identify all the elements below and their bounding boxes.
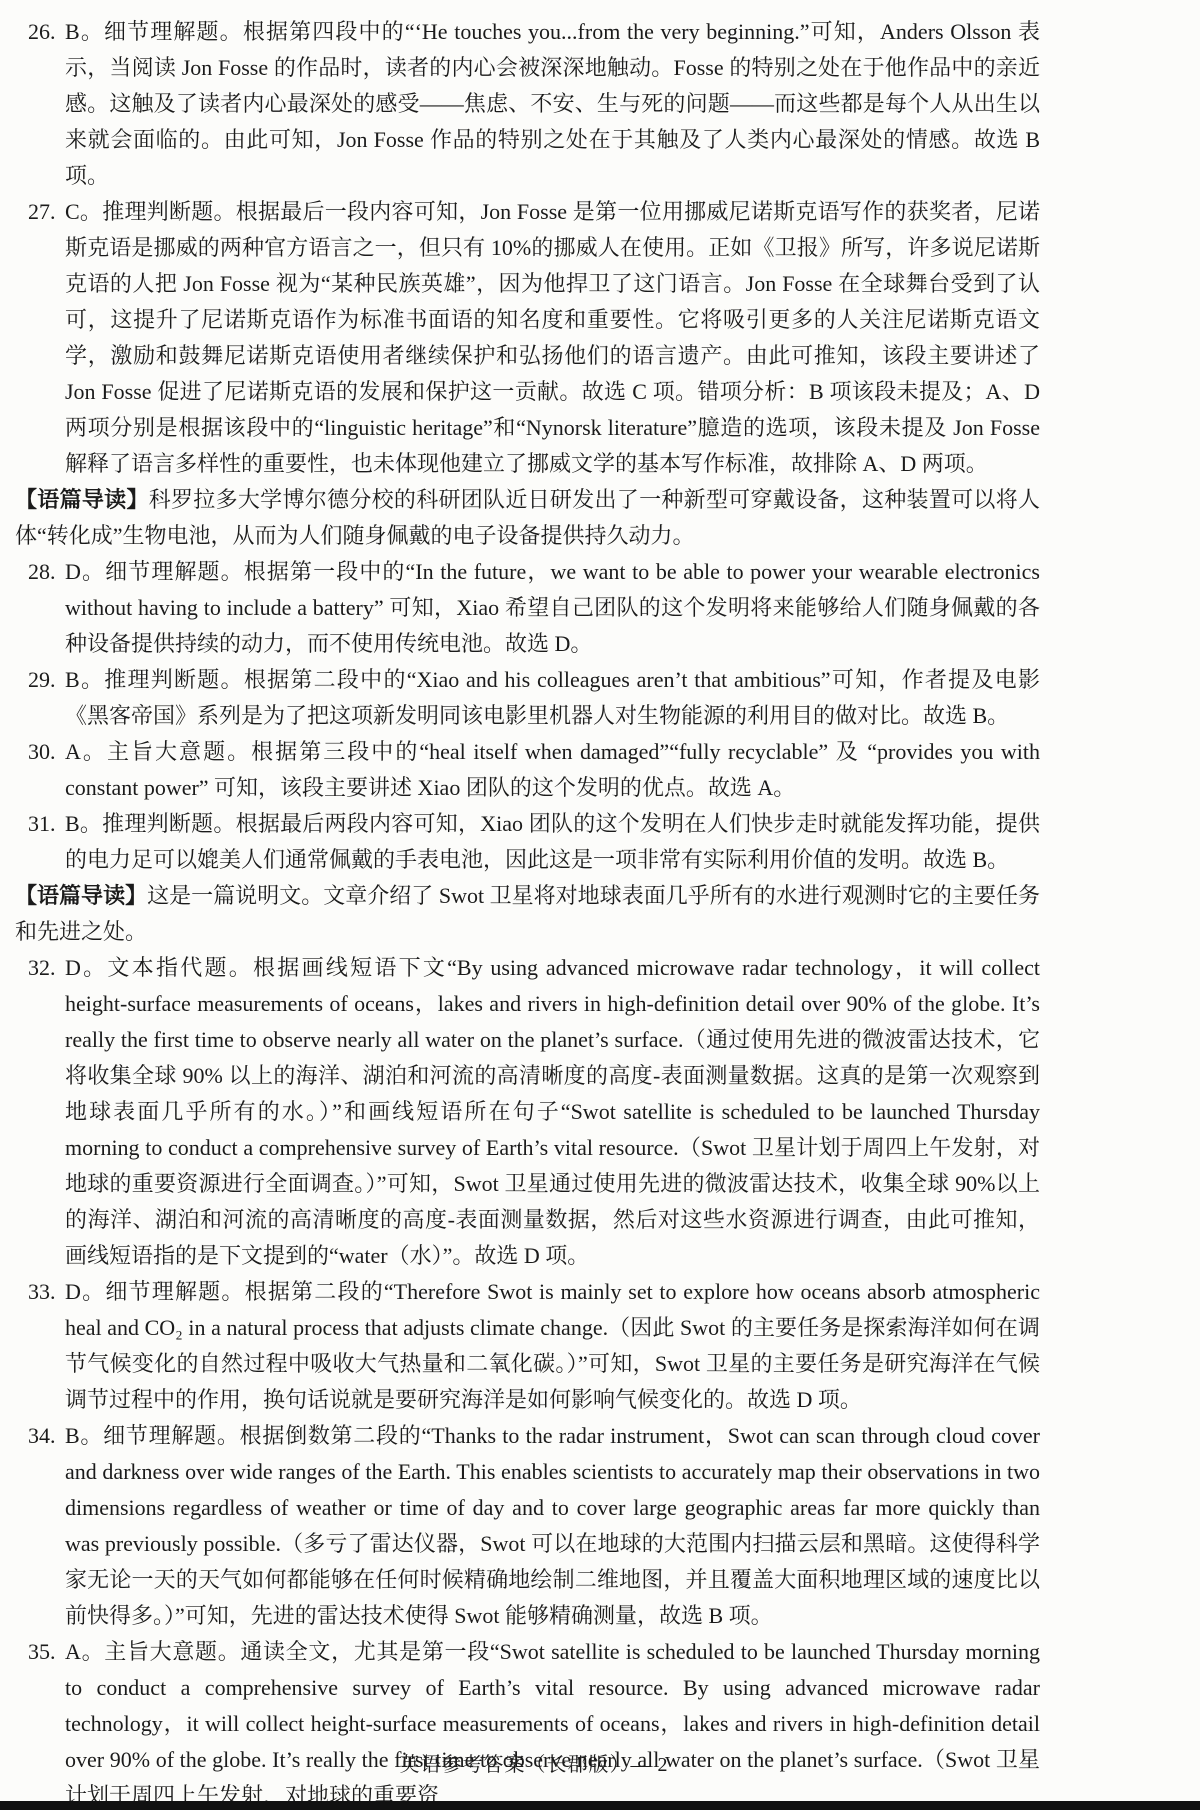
item-number: 28. <box>28 554 65 590</box>
answer-item-33: 33.D。细节理解题。根据第二段的“Therefore Swot is main… <box>28 1274 1040 1418</box>
item-number: 32. <box>28 950 65 986</box>
answer-item-26: 26.B。细节理解题。根据第四段中的“‘He touches you...fro… <box>28 14 1040 194</box>
item-number: 29. <box>28 662 65 698</box>
answer-item-30: 30.A。主旨大意题。根据第三段中的“heal itself when dama… <box>28 734 1040 806</box>
item-text: A。主旨大意题。通读全文，尤其是第一段“Swot satellite is sc… <box>65 1639 1040 1808</box>
item-text: B。推理判断题。根据第二段中的“Xiao and his colleagues … <box>65 667 1040 728</box>
footer-text: 英语参考答案（长郡版）— 2 <box>400 1754 669 1776</box>
answer-explanations: 26.B。细节理解题。根据第四段中的“‘He touches you...fro… <box>28 14 1040 1810</box>
item-text: D。文本指代题。根据画线短语下文“By using advanced micro… <box>65 955 1040 1268</box>
item-text: D。细节理解题。根据第一段中的“In the future，we want to… <box>65 559 1040 656</box>
answer-item-34: 34.B。细节理解题。根据倒数第二段的“Thanks to the radar … <box>28 1418 1040 1634</box>
item-number: 30. <box>28 734 65 770</box>
item-number: 31. <box>28 806 65 842</box>
answer-item-27: 27.C。推理判断题。根据最后一段内容可知，Jon Fosse 是第一位用挪威尼… <box>28 194 1040 482</box>
item-text: B。细节理解题。根据倒数第二段的“Thanks to the radar ins… <box>65 1423 1040 1628</box>
item-number: 35. <box>28 1634 65 1670</box>
passage-guide: 【语篇导读】这是一篇说明文。文章介绍了 Swot 卫星将对地球表面几乎所有的水进… <box>15 878 1040 950</box>
answer-item-29: 29.B。推理判断题。根据第二段中的“Xiao and his colleagu… <box>28 662 1040 734</box>
item-text: D。细节理解题。根据第二段的“Therefore Swot is mainly … <box>65 1279 1040 1412</box>
answer-item-32: 32.D。文本指代题。根据画线短语下文“By using advanced mi… <box>28 950 1040 1274</box>
guide-text: 科罗拉多大学博尔德分校的科研团队近日研发出了一种新型可穿戴设备，这种装置可以将人… <box>15 487 1040 548</box>
guide-text: 这是一篇说明文。文章介绍了 Swot 卫星将对地球表面几乎所有的水进行观测时它的… <box>15 883 1040 944</box>
answer-item-28: 28.D。细节理解题。根据第一段中的“In the future，we want… <box>28 554 1040 662</box>
item-text: B。细节理解题。根据第四段中的“‘He touches you...from t… <box>65 19 1040 188</box>
answer-item-35: 35.A。主旨大意题。通读全文，尤其是第一段“Swot satellite is… <box>28 1634 1040 1810</box>
guide-label: 【语篇导读】 <box>15 883 147 908</box>
page: 26.B。细节理解题。根据第四段中的“‘He touches you...fro… <box>0 0 1200 1810</box>
item-text: B。推理判断题。根据最后两段内容可知，Xiao 团队的这个发明在人们快步走时就能… <box>65 811 1040 872</box>
passage-guide: 【语篇导读】科罗拉多大学博尔德分校的科研团队近日研发出了一种新型可穿戴设备，这种… <box>15 482 1040 554</box>
item-text: C。推理判断题。根据最后一段内容可知，Jon Fosse 是第一位用挪威尼诺斯克… <box>65 199 1040 476</box>
item-number: 34. <box>28 1418 65 1454</box>
page-footer: 英语参考答案（长郡版）— 2 <box>28 1748 1040 1777</box>
item-number: 26. <box>28 14 65 50</box>
item-text: A。主旨大意题。根据第三段中的“heal itself when damaged… <box>65 739 1040 800</box>
item-number: 33. <box>28 1274 65 1310</box>
guide-label: 【语篇导读】 <box>15 487 149 512</box>
scan-edge-artifact <box>0 1801 1200 1810</box>
item-number: 27. <box>28 194 65 230</box>
answer-item-31: 31.B。推理判断题。根据最后两段内容可知，Xiao 团队的这个发明在人们快步走… <box>28 806 1040 878</box>
